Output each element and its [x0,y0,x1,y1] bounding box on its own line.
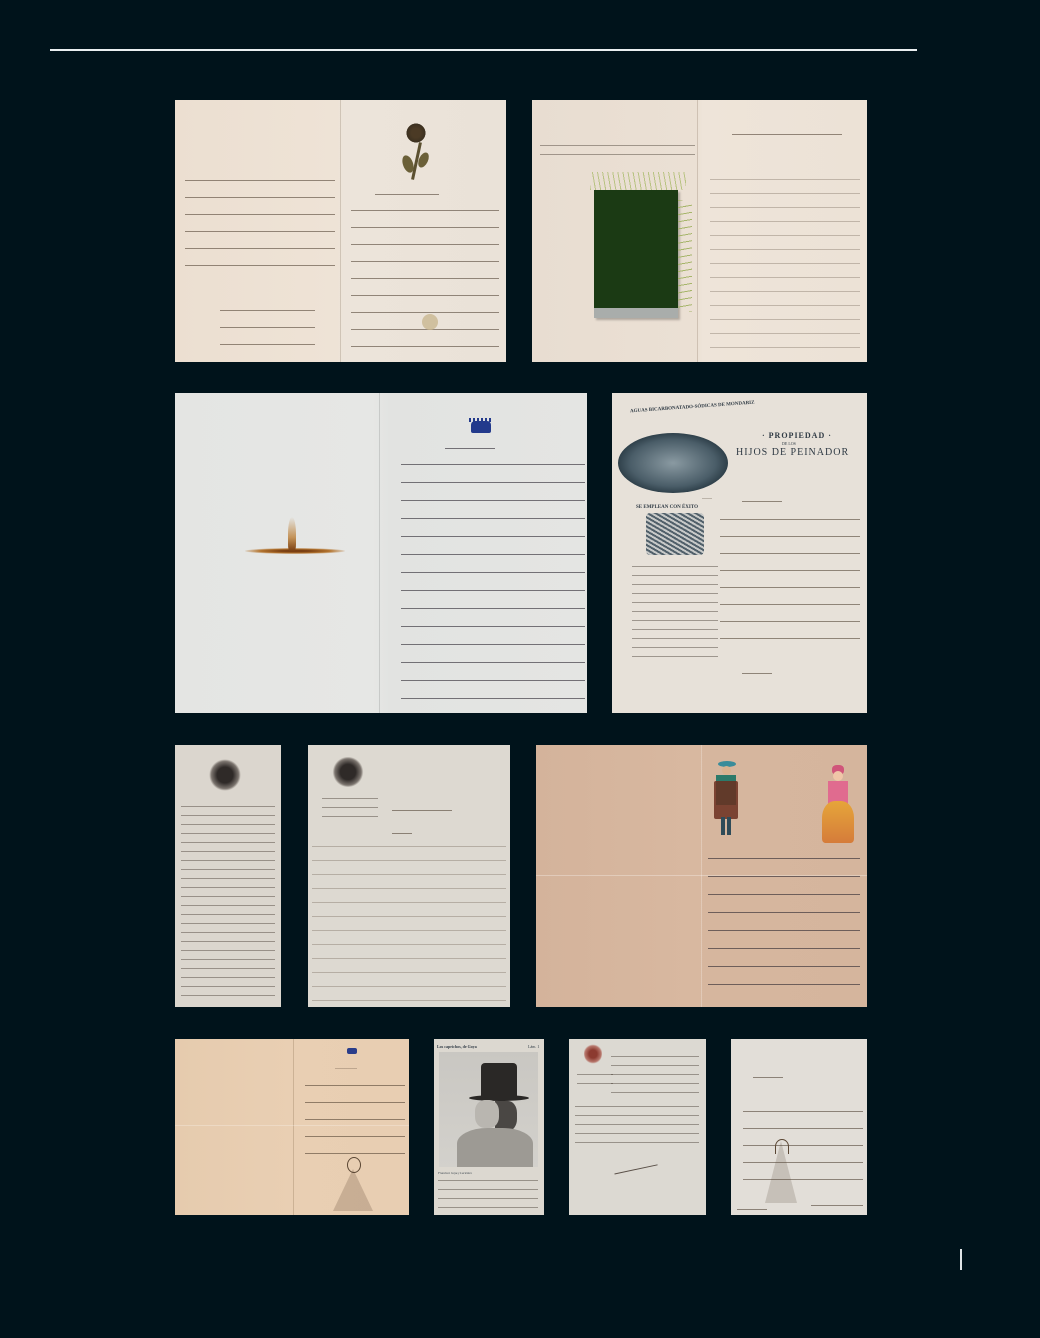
letterhead-banner: SE EMPLEAN CON ÉXITO [636,505,698,510]
header-rule [50,49,917,51]
chromo-figure-man [712,761,740,841]
goya-portrait [439,1052,538,1167]
letter-fabric-swatch-image [532,100,867,362]
red-crest-icon [584,1044,602,1064]
engraving-oval [618,433,728,493]
postcard-header: Los caprichos, de Goya [437,1044,477,1049]
crown-crest-icon [471,421,491,433]
letter-typed-image [569,1039,706,1215]
letterhead-de-los: DE LOS [782,441,796,446]
pressed-flower-icon [405,122,427,144]
letter-mondariz-image: AGUAS BICARBONATADO-SÓDICAS DE MONDARIZ … [612,393,867,713]
letter-sketch-cloak-image [731,1039,867,1215]
top-hat [481,1063,517,1097]
page-number-divider [960,1249,962,1270]
letter-blue-crown-image [175,393,587,713]
postcard-goya-image: Los caprichos, de Goya Lám. 1 Francisco … [434,1039,544,1215]
chromo-figure-woman [820,765,856,845]
letterhead-title: AGUAS BICARBONATADO-SÓDICAS DE MONDARIZ [630,401,755,415]
engraved-crest-icon [209,759,241,791]
fabric-swatch [594,190,678,318]
shield-engraving [646,513,704,555]
letter-chromo-figures-image [536,745,867,1007]
letter-crest-narrow-image [175,745,281,1007]
letterhead-propiedad: · PROPIEDAD · [762,431,832,440]
postcard-plate: Lám. 1 [528,1044,539,1049]
letterhead-owner: HIJOS DE PEINADOR [736,447,849,458]
letter-sketch-dress-image [175,1039,409,1215]
signature [612,1155,657,1175]
letter-crest-letterhead-image [308,745,510,1007]
engraved-crest-icon [332,757,364,787]
letter-pressed-flower-image [175,100,506,362]
crown-crest-icon [347,1048,357,1054]
dress-sketch [333,1169,373,1211]
